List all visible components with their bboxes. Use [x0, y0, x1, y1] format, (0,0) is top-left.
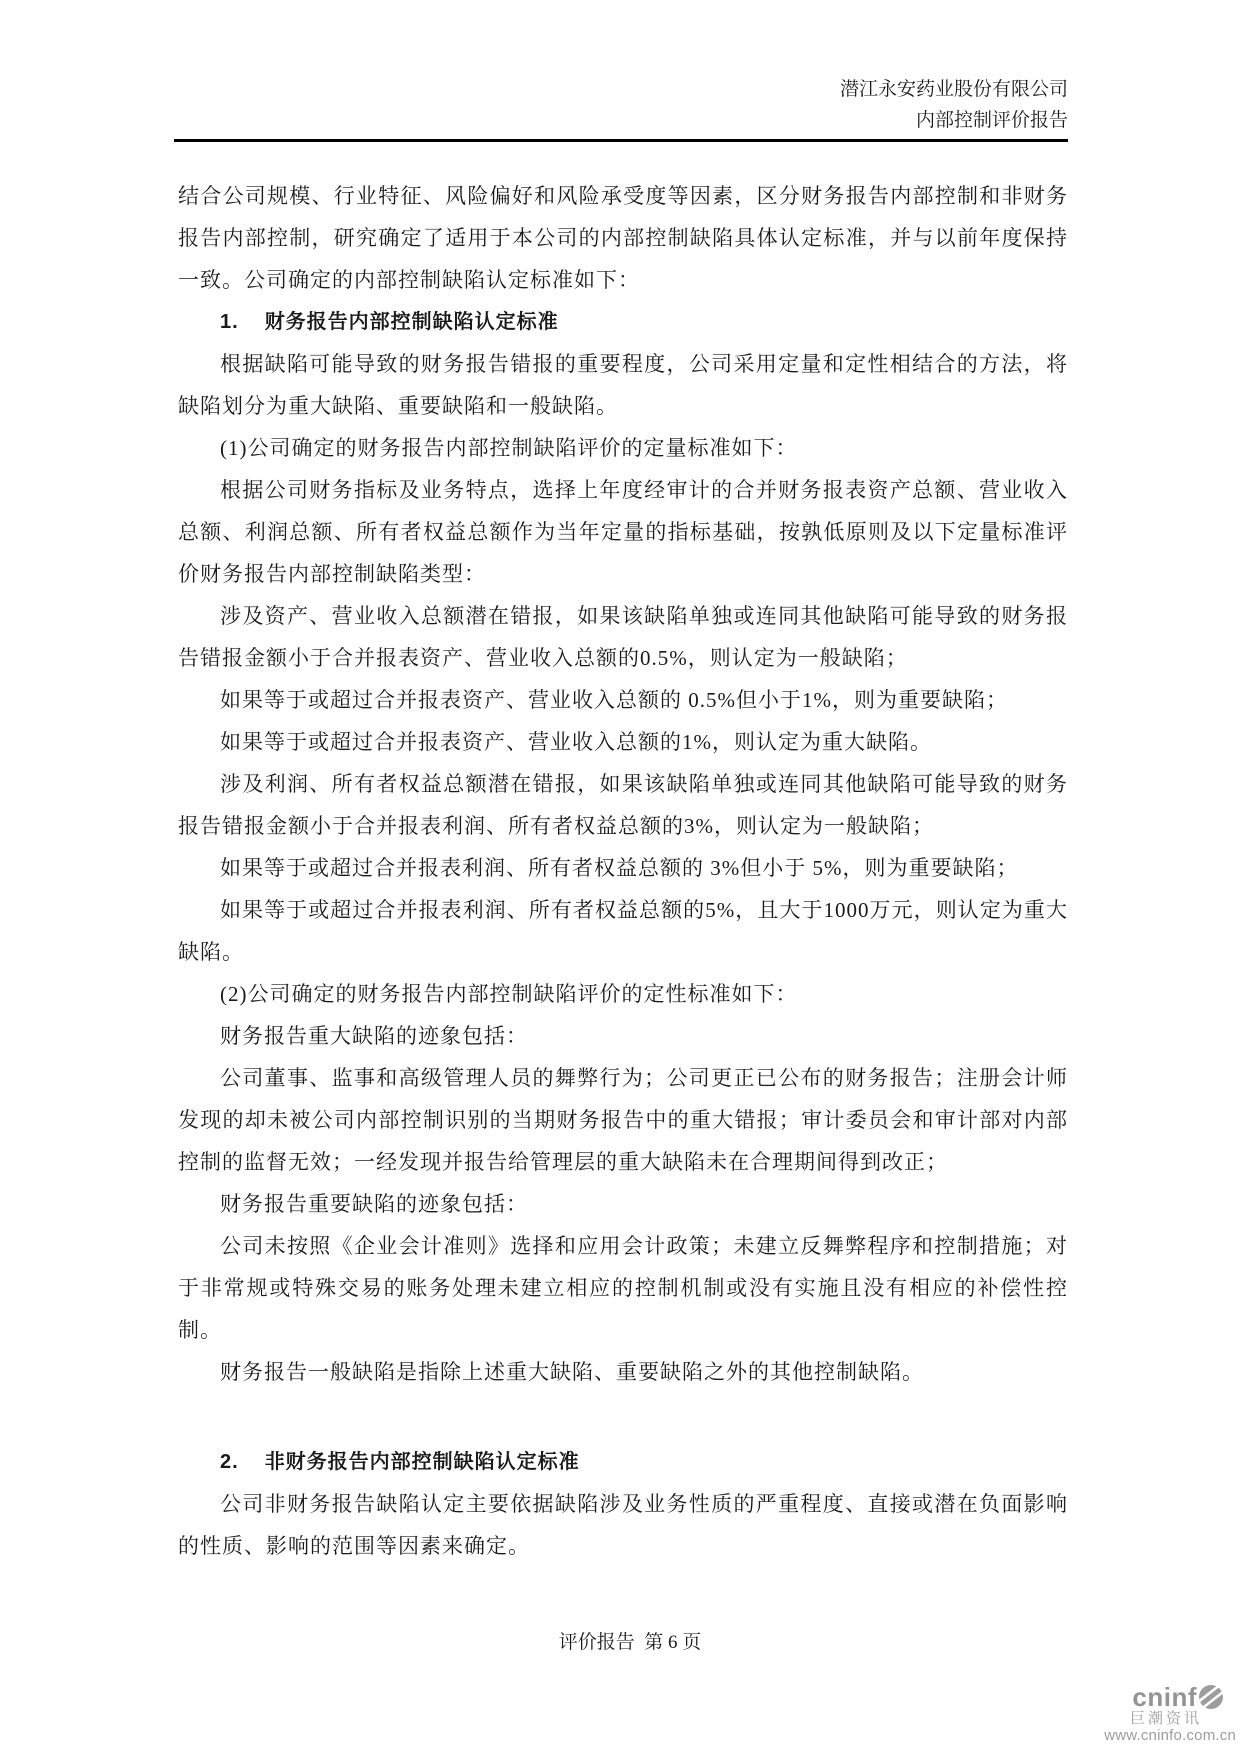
heading-text: 非财务报告内部控制缺陷认定标准 [239, 1451, 580, 1473]
page-footer: 评价报告 第 6 页 [0, 1598, 1241, 1688]
document-page: 潜江永安药业股份有限公司 内部控制评价报告 结合公司规模、行业特征、风险偏好和风… [0, 0, 1241, 1754]
section-heading: 2.非财务报告内部控制缺陷认定标准 [178, 1441, 1068, 1483]
paragraph: 根据缺陷可能导致的财务报告错报的重要程度，公司采用定量和定性相结合的方法，将缺陷… [178, 343, 1068, 427]
heading-number: 2. [220, 1451, 239, 1473]
paragraph: 根据公司财务指标及业务特点，选择上年度经审计的合并财务报表资产总额、营业收入总额… [178, 469, 1068, 595]
paragraph: 结合公司规模、行业特征、风险偏好和风险承受度等因素，区分财务报告内部控制和非财务… [178, 175, 1068, 301]
paragraph: 公司非财务报告缺陷认定主要依据缺陷涉及业务性质的严重程度、直接或潜在负面影响的性… [178, 1483, 1068, 1567]
heading-number: 1. [220, 311, 239, 333]
paragraph: 财务报告重大缺陷的迹象包括： [178, 1015, 1068, 1057]
paragraph: 财务报告重要缺陷的迹象包括： [178, 1183, 1068, 1225]
header-rule [174, 139, 1068, 142]
cninfo-url: www.cninfo.com.cn [1104, 1728, 1236, 1744]
heading-text: 财务报告内部控制缺陷认定标准 [239, 311, 559, 333]
document-body: 结合公司规模、行业特征、风险偏好和风险承受度等因素，区分财务报告内部控制和非财务… [178, 175, 1068, 1567]
paragraph: 如果等于或超过合并报表资产、营业收入总额的1%，则认定为重大缺陷。 [178, 721, 1068, 763]
paragraph: 涉及资产、营业收入总额潜在错报，如果该缺陷单独或连同其他缺陷可能导致的财务报告错… [178, 595, 1068, 679]
cninfo-brand-text: cninf [1132, 1684, 1197, 1710]
page-number-label: 评价报告 第 6 页 [559, 1632, 702, 1653]
cninfo-logo-top: cninf [1132, 1684, 1224, 1710]
header-report-title: 内部控制评价报告 [840, 105, 1068, 136]
paragraph: 公司未按照《企业会计准则》选择和应用会计政策；未建立反舞弊程序和控制措施；对于非… [178, 1225, 1068, 1351]
paragraph: 如果等于或超过合并报表资产、营业收入总额的 0.5%但小于1%，则为重要缺陷； [178, 679, 1068, 721]
cninfo-chinese-name: 巨潮资讯 [1130, 1711, 1202, 1726]
paragraph: 涉及利润、所有者权益总额潜在错报，如果该缺陷单独或连同其他缺陷可能导致的财务报告… [178, 763, 1068, 847]
header-company-name: 潜江永安药业股份有限公司 [840, 74, 1068, 105]
paragraph: (2)公司确定的财务报告内部控制缺陷评价的定性标准如下： [178, 973, 1068, 1015]
paragraph: 财务报告一般缺陷是指除上述重大缺陷、重要缺陷之外的其他控制缺陷。 [178, 1351, 1068, 1393]
paragraph: 如果等于或超过合并报表利润、所有者权益总额的 3%但小于 5%，则为重要缺陷； [178, 847, 1068, 889]
paragraph: 公司董事、监事和高级管理人员的舞弊行为；公司更正已公布的财务报告；注册会计师发现… [178, 1057, 1068, 1183]
cninfo-logo: cninf 巨潮资讯 www.cninfo.com.cn [1108, 1684, 1238, 1746]
paragraph: (1)公司确定的财务报告内部控制缺陷评价的定量标准如下： [178, 427, 1068, 469]
page-header: 潜江永安药业股份有限公司 内部控制评价报告 [840, 74, 1068, 136]
globe-icon [1198, 1684, 1224, 1710]
paragraph: 如果等于或超过合并报表利润、所有者权益总额的5%，且大于1000万元，则认定为重… [178, 889, 1068, 973]
section-heading: 1.财务报告内部控制缺陷认定标准 [178, 301, 1068, 343]
